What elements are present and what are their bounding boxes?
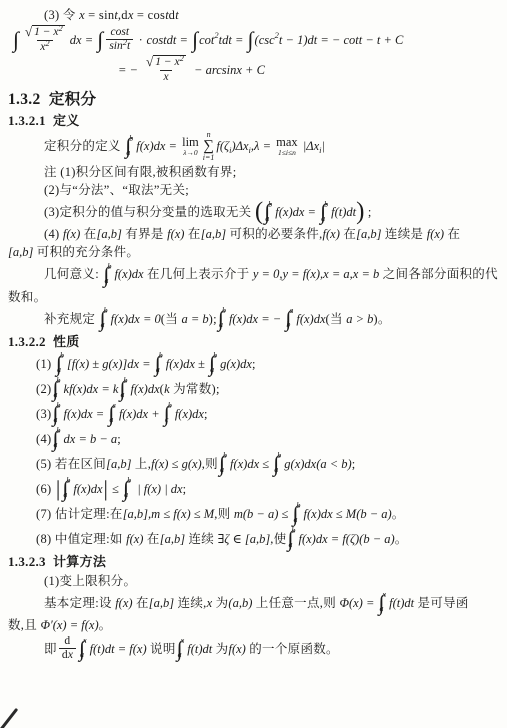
textbook-page: (3) 令 x = sint,dx = costdt∫√1 − x2x2dx =… bbox=[0, 0, 507, 728]
square-root: √1 − x2 bbox=[146, 55, 186, 70]
text-run: (3) bbox=[36, 406, 51, 422]
integral: ∫ba bbox=[52, 402, 62, 426]
integral-lower-limit: a bbox=[54, 391, 61, 399]
integral-lower-limit: c bbox=[165, 416, 172, 424]
text-run: 有界是 bbox=[122, 226, 167, 242]
integral-upper-limit: b bbox=[277, 452, 281, 460]
text-run: 。 bbox=[392, 506, 405, 522]
integral-lower-limit: a bbox=[120, 391, 127, 399]
integral-limits: ba bbox=[324, 201, 328, 224]
integral-limits: ab bbox=[289, 307, 293, 330]
integral-upper-limit: b bbox=[66, 477, 70, 485]
math-run: f(x)dx bbox=[114, 266, 143, 282]
math-run: t bbox=[175, 7, 178, 23]
integral-limits: ba bbox=[268, 201, 272, 224]
math-run: kf(x)dx = k bbox=[64, 381, 119, 397]
sum-lower-limit: i=1 bbox=[203, 154, 215, 162]
integral: ∫bc bbox=[164, 402, 174, 426]
doc-line: (3) 令 x = sint,dx = costdt bbox=[8, 7, 499, 23]
doc-line: (5) 若在区间[a,b] 上,f(x) ≤ g(x),则∫baf(x)dx ≤… bbox=[8, 452, 499, 476]
integral: ∫ba bbox=[293, 502, 303, 526]
superscript: 2 bbox=[123, 38, 127, 48]
superscript: 2 bbox=[275, 30, 279, 41]
integral: ∫ba bbox=[218, 307, 228, 331]
integral: ∫ba bbox=[219, 452, 229, 476]
integral-upper-limit: b bbox=[129, 135, 133, 143]
math-run: f(x)dx ≤ M(b − a) bbox=[304, 506, 392, 522]
integral: ∫ bbox=[13, 28, 19, 52]
integral-lower-limit: a bbox=[54, 416, 61, 424]
math-run: y = 0,y = f(x),x = a,x = b bbox=[253, 266, 379, 282]
integral-upper-limit: b bbox=[291, 527, 295, 535]
text-run: 1.3.2.2 性质 bbox=[8, 334, 80, 351]
text-run: ); bbox=[209, 311, 217, 327]
text-run: 为 bbox=[212, 641, 228, 657]
integral-limits: ba bbox=[277, 452, 281, 475]
math-run: | f(x) | dx bbox=[134, 481, 183, 497]
denominator: x2 bbox=[37, 40, 52, 54]
math-run: t − 1)dt = − cott − t + C bbox=[279, 32, 403, 48]
doc-line: [a,b] 可积的充分条件。 bbox=[8, 244, 499, 260]
subscript: i bbox=[249, 145, 251, 156]
integral-limits: xa bbox=[181, 637, 185, 660]
math-run: [a,b] bbox=[160, 531, 185, 547]
integral: ∫ba bbox=[287, 527, 297, 551]
denominator: x bbox=[160, 70, 171, 84]
integral-sign: ∫ bbox=[248, 28, 254, 52]
text-run: 上, bbox=[131, 456, 151, 472]
text-run: 几何意义: bbox=[44, 266, 102, 282]
text-run: ; bbox=[364, 204, 371, 220]
integral-upper-limit: b bbox=[159, 352, 163, 360]
integral-limits: ba bbox=[60, 352, 64, 375]
integral-lower-limit: a bbox=[101, 321, 108, 329]
math-run: f(x)dx = bbox=[275, 204, 319, 220]
text-run: ,使 bbox=[270, 531, 286, 547]
doc-line: (7) 估计定理:在[a,b],m ≤ f(x) ≤ M,则 m(b − a) … bbox=[8, 502, 499, 526]
text-run: (2) bbox=[36, 381, 51, 397]
superscript: 2 bbox=[45, 39, 49, 49]
text-run: 在 bbox=[133, 595, 149, 611]
integral-lower-limit: a bbox=[63, 491, 70, 499]
math-run: f(x)dx bbox=[175, 406, 204, 422]
integral: ∫ bbox=[248, 28, 254, 52]
doc-line: (8) 中值定理:如 f(x) 在[a,b] 连续 ∃ζ ∈ [a,b],使∫b… bbox=[8, 527, 499, 551]
integral: ∫ab bbox=[285, 307, 295, 331]
math-run: f(t)dt bbox=[389, 595, 414, 611]
text-run: d bbox=[64, 635, 70, 648]
integral: ∫ba bbox=[100, 307, 110, 331]
math-run: x bbox=[163, 71, 168, 84]
integral-limits: xa bbox=[83, 637, 87, 660]
math-run: f(x)dx bbox=[296, 311, 325, 327]
integral: ∫ bbox=[192, 28, 198, 52]
text-run: ; bbox=[252, 356, 256, 372]
text-run: 1.3.2 定积分 bbox=[8, 90, 96, 110]
doc-line: 几何意义: ∫baf(x)dx 在几何上表示介于 y = 0,y = f(x),… bbox=[8, 263, 499, 287]
math-run: Φ(x) = bbox=[339, 595, 377, 611]
section-heading: 1.3.2.3 计算方法 bbox=[8, 554, 499, 571]
section-heading: 1.3.2.2 性质 bbox=[8, 334, 499, 351]
math-run: (a,b) bbox=[228, 595, 252, 611]
integral: ∫xa bbox=[79, 637, 89, 661]
fraction: costsin2t bbox=[106, 26, 133, 53]
text-run: 是可导函 bbox=[414, 595, 469, 611]
integral-limits: ba bbox=[57, 427, 61, 450]
integral-lower-limit: a bbox=[265, 215, 272, 223]
integral: ∫ba bbox=[103, 263, 113, 287]
text-run: (当 bbox=[161, 311, 182, 327]
math-run: f(t)dt bbox=[187, 641, 212, 657]
text-run: (6) bbox=[36, 481, 55, 497]
math-run: f(t)dt bbox=[331, 204, 356, 220]
text-run: ; bbox=[183, 481, 187, 497]
integral-upper-limit: b bbox=[127, 477, 131, 485]
math-run: tdt = bbox=[219, 32, 247, 48]
integral-upper-limit: x bbox=[83, 637, 87, 645]
math-run: 1 − x bbox=[34, 26, 58, 39]
text-run: 说明 bbox=[147, 641, 176, 657]
operator-with-limit: limλ→0 bbox=[182, 136, 199, 157]
integral: ∫ba bbox=[273, 452, 283, 476]
integral-lower-limit: a bbox=[219, 321, 226, 329]
doc-line: (6) |∫baf(x)dx| ≤ ∫ba | f(x) | dx; bbox=[8, 477, 499, 501]
math-run: [a,b] bbox=[106, 456, 131, 472]
summation: n∑i=1 bbox=[203, 131, 215, 162]
radicand: 1 − x2 bbox=[153, 55, 186, 69]
integral-sign: ∫ bbox=[97, 28, 103, 52]
text-run: ; bbox=[117, 431, 121, 447]
text-run: 在 bbox=[444, 226, 460, 242]
integral-upper-limit: b bbox=[123, 377, 127, 385]
text-run: 的一个原函数。 bbox=[246, 641, 339, 657]
integral: ∫ba bbox=[119, 377, 129, 401]
fraction: √1 − x2x2 bbox=[22, 25, 68, 54]
math-run: f(x)dx = 0 bbox=[111, 311, 161, 327]
integral-lower-limit: a bbox=[54, 441, 61, 449]
integral-lower-limit: a bbox=[294, 516, 301, 524]
text-run: (1) bbox=[36, 356, 55, 372]
denominator: sin2t bbox=[106, 39, 133, 53]
math-run: f(x) bbox=[115, 595, 132, 611]
radical-icon: √ bbox=[146, 55, 153, 70]
text-run: ; bbox=[352, 456, 356, 472]
doc-line: 基本定理:设 f(x) 在[a,b] 连续,x 为(a,b) 上任意一点,则 Φ… bbox=[8, 591, 499, 615]
text-run: 在 bbox=[340, 226, 356, 242]
text-run: (当 bbox=[326, 311, 347, 327]
integral-upper-limit: b bbox=[268, 201, 272, 209]
math-run: | bbox=[322, 138, 325, 154]
math-run: [a,b] bbox=[149, 595, 174, 611]
integral-limits: ba bbox=[129, 135, 133, 158]
math-run: [a,b] bbox=[356, 226, 381, 242]
doc-line: (4)∫badx = b − a; bbox=[8, 427, 499, 451]
integral-limits: bc bbox=[168, 402, 172, 425]
math-run: [a,b] bbox=[201, 226, 226, 242]
integral-upper-limit: b bbox=[297, 502, 301, 510]
text-run: 可积的必要条件, bbox=[226, 226, 322, 242]
sigma-icon: ∑ bbox=[203, 139, 214, 154]
text-run: · bbox=[135, 32, 146, 48]
text-run: 连续 bbox=[185, 531, 217, 547]
text-run: (1)变上限积分。 bbox=[44, 573, 136, 589]
integral-lower-limit: a bbox=[274, 466, 281, 474]
text-run: )。 bbox=[373, 311, 390, 327]
text-run: (3)定积分的值与积分变量的选取无关 bbox=[44, 204, 255, 220]
text-run: 为 bbox=[212, 595, 228, 611]
math-run: x bbox=[68, 649, 73, 662]
math-run: = − bbox=[118, 62, 141, 78]
numerator: d bbox=[61, 635, 73, 648]
text-run: 注 (1)积分区间有限,被积函数有界; bbox=[44, 164, 237, 180]
doc-line: (2)∫bakf(x)dx = k∫baf(x)dx(k 为常数); bbox=[8, 377, 499, 401]
operator-name: lim bbox=[182, 136, 199, 149]
text-run: 连续, bbox=[174, 595, 206, 611]
integral-upper-limit: b bbox=[107, 263, 111, 271]
math-run: f(x) bbox=[228, 641, 245, 657]
doc-line: (1)变上限积分。 bbox=[8, 573, 499, 589]
text-run: (8) 中值定理:如 bbox=[36, 531, 126, 547]
math-run: f(x)dx + bbox=[119, 406, 163, 422]
math-run: − arcsinx + C bbox=[191, 62, 265, 78]
math-run: m(b − a) ≤ bbox=[234, 506, 292, 522]
math-run: Φ′(x) = f(x) bbox=[40, 617, 98, 633]
integral-limits: ba bbox=[127, 477, 131, 500]
math-run: (csc bbox=[255, 32, 275, 48]
math-run: [a,b] bbox=[8, 244, 33, 260]
abs-bar: | bbox=[56, 478, 60, 500]
math-run: sin bbox=[109, 40, 122, 53]
integral-lower-limit: a bbox=[220, 466, 227, 474]
math-run: )Δx bbox=[231, 138, 248, 154]
integral-limits: ba bbox=[223, 452, 227, 475]
math-run: dx = b − a bbox=[64, 431, 118, 447]
integral: ∫ba bbox=[62, 477, 72, 501]
doc-line: (3)定积分的值与积分变量的选取无关 (∫baf(x)dx = ∫baf(t)d… bbox=[8, 200, 499, 224]
text-run: 定积分的定义 bbox=[44, 138, 124, 154]
math-run: f(ζ bbox=[216, 138, 229, 154]
text-run: ,则 bbox=[214, 506, 234, 522]
integral: ∫ba bbox=[123, 477, 133, 501]
text-run: 即 bbox=[44, 641, 57, 657]
integral: ∫ca bbox=[108, 402, 118, 426]
text-run: 可积的充分条件。 bbox=[33, 244, 139, 260]
section-heading: 1.3.2 定积分 bbox=[8, 90, 499, 110]
integral: ∫ bbox=[97, 28, 103, 52]
numerator: √1 − x2 bbox=[143, 55, 189, 70]
text-run: 。 bbox=[99, 617, 112, 633]
math-run: cot bbox=[199, 32, 214, 48]
math-run: f(x) bbox=[167, 226, 184, 242]
integral: ∫ba bbox=[125, 134, 135, 158]
text-run: ,d bbox=[118, 7, 128, 23]
math-run: 1 − x bbox=[155, 56, 179, 69]
math-run: ∃ζ ∈ [a,b] bbox=[218, 531, 271, 547]
doc-line: 补充规定 ∫baf(x)dx = 0(当 a = b);∫baf(x)dx = … bbox=[8, 307, 499, 331]
math-run: dx = bbox=[70, 32, 96, 48]
text-run: 补充规定 bbox=[44, 311, 99, 327]
math-run: [f(x) ± g(x)]dx = bbox=[67, 356, 154, 372]
math-run: a > b bbox=[346, 311, 373, 327]
operator-with-limit: max1≤i≤n bbox=[276, 136, 298, 157]
math-run: [a,b],m ≤ f(x) ≤ M bbox=[123, 506, 215, 522]
superscript: 2 bbox=[59, 24, 63, 33]
doc-line: 数和。 bbox=[8, 289, 499, 305]
abs-bar: | bbox=[104, 478, 108, 500]
integral-upper-limit: b bbox=[223, 452, 227, 460]
integral-upper-limit: b bbox=[60, 352, 64, 360]
text-run: 数和。 bbox=[8, 289, 46, 305]
integral-limits: ba bbox=[57, 377, 61, 400]
integral-upper-limit: a bbox=[289, 307, 293, 315]
integral-limits: ba bbox=[107, 263, 111, 286]
integral-upper-limit: c bbox=[112, 402, 116, 410]
integral-lower-limit: a bbox=[380, 605, 387, 613]
fraction: √1 − x2x bbox=[143, 55, 189, 84]
integral-limits: ba bbox=[57, 402, 61, 425]
doc-line: 数,且 Φ′(x) = f(x)。 bbox=[8, 617, 499, 633]
text-run: ; bbox=[204, 406, 208, 422]
doc-line: (4) f(x) 在[a,b] 有界是 f(x) 在[a,b] 可积的必要条件,… bbox=[8, 226, 499, 242]
text-run: (7) 估计定理:在 bbox=[36, 506, 123, 522]
integral-upper-limit: b bbox=[57, 377, 61, 385]
text-run: 在 bbox=[184, 226, 200, 242]
text-run: 在 bbox=[80, 226, 96, 242]
integral-limits: ba bbox=[159, 352, 163, 375]
text-run: (2)与“分法”、“取法”无关; bbox=[44, 182, 189, 198]
text-run: 为常数); bbox=[170, 381, 220, 397]
section-heading: 1.3.2.1 定义 bbox=[8, 113, 499, 130]
integral-lower-limit: a bbox=[210, 366, 217, 374]
integral-upper-limit: x bbox=[181, 637, 185, 645]
integral-lower-limit: a bbox=[321, 215, 328, 223]
math-run: a = b bbox=[181, 311, 208, 327]
doc-line: (3)∫baf(x)dx = ∫caf(x)dx + ∫bcf(x)dx; bbox=[8, 402, 499, 426]
math-run: f(x)dx bbox=[130, 381, 159, 397]
integral-lower-limit: a bbox=[57, 366, 64, 374]
text-run: (5) 若在区间 bbox=[36, 456, 106, 472]
doc-line: = − √1 − x2x − arcsinx + C bbox=[8, 55, 499, 84]
numerator: cost bbox=[107, 26, 132, 39]
integral-limits: ba bbox=[291, 527, 295, 550]
fraction: ddx bbox=[59, 635, 76, 662]
integral: ∫ba bbox=[56, 352, 66, 376]
integral: ∫ba bbox=[209, 352, 219, 376]
text-run: 基本定理:设 bbox=[44, 595, 115, 611]
math-run: f(x) ≤ g(x) bbox=[151, 456, 202, 472]
doc-line: 注 (1)积分区间有限,被积函数有界; bbox=[8, 164, 499, 180]
integral-limits: ba bbox=[123, 377, 127, 400]
integral-upper-limit: b bbox=[222, 307, 226, 315]
integral-lower-limit: a bbox=[109, 416, 116, 424]
subscript: i bbox=[229, 145, 231, 156]
integral-limits: ba bbox=[297, 502, 301, 525]
denominator: dx bbox=[59, 648, 76, 662]
integral-limits: ba bbox=[104, 307, 108, 330]
integral: ∫ba bbox=[155, 352, 165, 376]
integral-limits: ca bbox=[112, 402, 116, 425]
math-run: f(x)dx bbox=[73, 481, 102, 497]
math-run: t bbox=[127, 40, 130, 53]
math-run: f(t)dt = f(x) bbox=[90, 641, 147, 657]
doc-line: 定积分的定义 ∫baf(x)dx = limλ→0n∑i=1f(ζi)Δxi,λ… bbox=[8, 131, 499, 162]
operator-limit: 1≤i≤n bbox=[278, 149, 296, 157]
text-run: 连续是 bbox=[381, 226, 426, 242]
text-run: 在几何上表示介于 bbox=[144, 266, 253, 282]
integral: ∫xa bbox=[177, 637, 187, 661]
operator-name: max bbox=[276, 136, 298, 149]
math-run: f(x) bbox=[427, 226, 444, 242]
math-run: ,λ = bbox=[251, 138, 274, 154]
math-run: f(x)dx = − bbox=[229, 311, 284, 327]
math-run: f(x)dx ± bbox=[166, 356, 208, 372]
big-paren: ( bbox=[255, 200, 263, 224]
operator-limit: λ→0 bbox=[183, 149, 198, 157]
integral: ∫ba bbox=[52, 377, 62, 401]
superscript: 2 bbox=[214, 30, 218, 41]
superscript: 2 bbox=[180, 54, 184, 63]
math-run: |Δx bbox=[300, 138, 319, 154]
integral-upper-limit: b bbox=[57, 402, 61, 410]
text-run: 1.3.2.1 定义 bbox=[8, 113, 80, 130]
integral-lower-limit: a bbox=[80, 651, 87, 659]
text-run: 在 bbox=[143, 531, 159, 547]
integral-limits: ba bbox=[66, 477, 70, 500]
text-run: 。 bbox=[395, 531, 408, 547]
text-run: 之间各部分面积的代 bbox=[379, 266, 498, 282]
integral-limits: ba bbox=[213, 352, 217, 375]
radical-icon: √ bbox=[25, 25, 32, 40]
integral-lower-limit: a bbox=[178, 651, 185, 659]
text-run: = sin bbox=[85, 7, 115, 23]
integral-lower-limit: a bbox=[156, 366, 163, 374]
text-run: = cos bbox=[133, 7, 165, 23]
integral-upper-limit: b bbox=[168, 402, 172, 410]
integral-lower-limit: a bbox=[104, 277, 111, 285]
integral-lower-limit: a bbox=[288, 541, 295, 549]
integral-lower-limit: b bbox=[286, 321, 293, 329]
doc-line: (1) ∫ba[f(x) ± g(x)]dx = ∫baf(x)dx ± ∫ba… bbox=[8, 352, 499, 376]
doc-line: 即ddx∫xaf(t)dt = f(x) 说明∫xaf(t)dt 为f(x) 的… bbox=[8, 635, 499, 662]
radicand: 1 − x2 bbox=[32, 25, 65, 39]
math-run: f(x) bbox=[63, 226, 80, 242]
math-run: f(x)dx ≤ bbox=[230, 456, 272, 472]
integral-sign: ∫ bbox=[192, 28, 198, 52]
integral-limits: xa bbox=[383, 591, 387, 614]
math-run: g(x)dx bbox=[220, 356, 252, 372]
doc-line: ∫√1 − x2x2dx = ∫costsin2t · costdt = ∫co… bbox=[8, 25, 499, 54]
integral-upper-limit: b bbox=[57, 427, 61, 435]
text-run: (3) 令 bbox=[44, 7, 79, 23]
math-run: ≤ bbox=[109, 481, 122, 497]
math-run: f(x)dx = bbox=[64, 406, 108, 422]
math-run: g(x)dx(a < b) bbox=[284, 456, 351, 472]
integral: ∫ba bbox=[264, 200, 274, 224]
integral-upper-limit: b bbox=[104, 307, 108, 315]
text-run: ,则 bbox=[202, 456, 218, 472]
integral-sign: ∫ bbox=[13, 28, 19, 52]
big-paren: ) bbox=[356, 200, 364, 224]
integral-lower-limit: a bbox=[126, 149, 133, 157]
text-run: 上任意一点,则 bbox=[252, 595, 339, 611]
text-run: 数,且 bbox=[8, 617, 40, 633]
math-run: f(x) bbox=[323, 226, 340, 242]
math-run: [a,b] bbox=[97, 226, 122, 242]
text-run: 1.3.2.3 计算方法 bbox=[8, 554, 106, 571]
integral-upper-limit: b bbox=[213, 352, 217, 360]
integral: ∫xa bbox=[379, 591, 389, 615]
integral-limits: ba bbox=[222, 307, 226, 330]
